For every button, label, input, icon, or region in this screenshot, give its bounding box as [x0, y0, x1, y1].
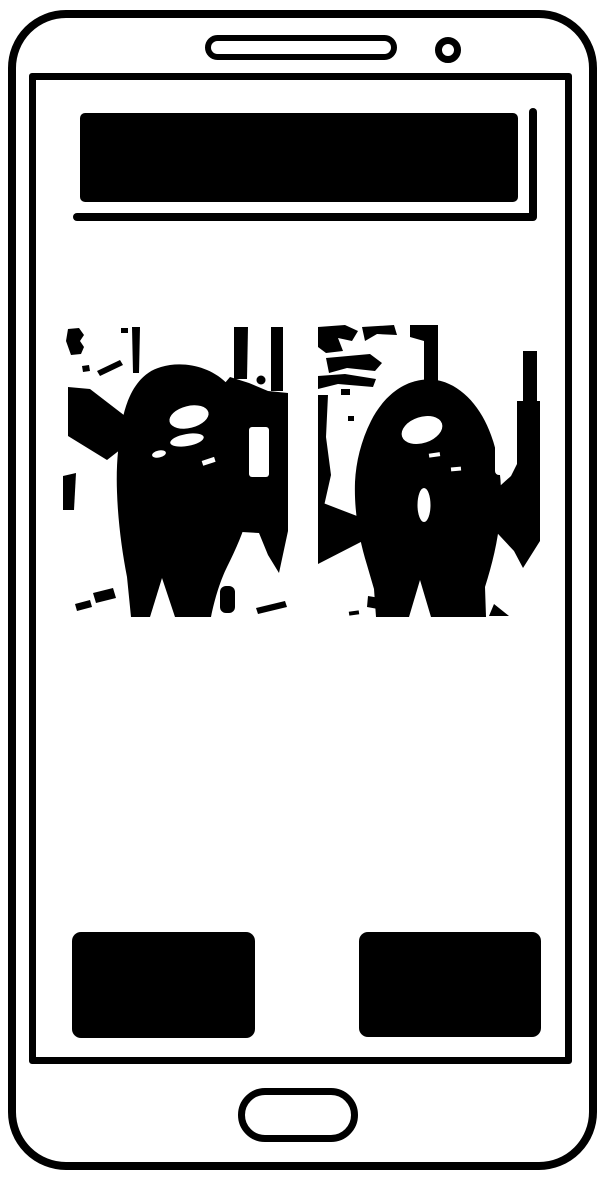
action-button-right[interactable] — [359, 932, 541, 1037]
front-camera-icon — [435, 37, 461, 63]
earpiece-speaker — [205, 35, 397, 60]
photo-left[interactable] — [63, 327, 288, 617]
title-banner — [80, 113, 518, 202]
banner-shadow-right — [529, 108, 537, 220]
photo-right-image — [318, 325, 545, 617]
figure-canvas — [0, 0, 604, 1177]
photo-right[interactable] — [318, 325, 545, 617]
banner-shadow-bottom — [73, 213, 537, 221]
action-button-left[interactable] — [72, 932, 255, 1038]
photo-left-image — [63, 327, 288, 617]
home-button[interactable] — [238, 1088, 358, 1142]
